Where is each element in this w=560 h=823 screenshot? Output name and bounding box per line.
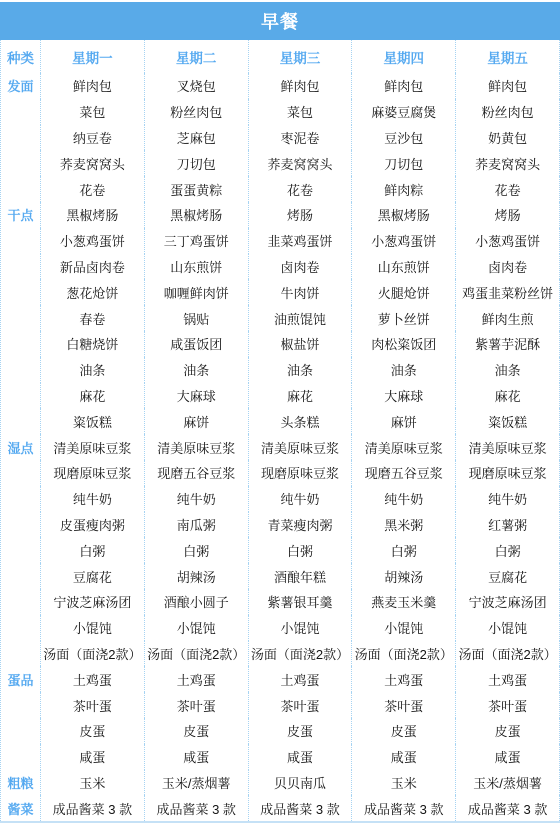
menu-item-cell: 小馄饨 bbox=[145, 615, 249, 641]
menu-item-cell: 咸蛋 bbox=[249, 744, 353, 770]
menu-title: 早餐 bbox=[0, 2, 560, 40]
menu-item-cell: 宁波芝麻汤团 bbox=[41, 589, 145, 615]
menu-item-cell: 皮蛋 bbox=[249, 718, 353, 744]
menu-item-cell: 汤面（面浇2款） bbox=[145, 641, 249, 667]
category-spacer bbox=[1, 383, 41, 409]
menu-item-cell: 油条 bbox=[41, 357, 145, 383]
category-spacer bbox=[1, 357, 41, 383]
menu-item-cell: 纯牛奶 bbox=[145, 486, 249, 512]
menu-item-cell: 油条 bbox=[145, 357, 249, 383]
menu-item-cell: 现磨五谷豆浆 bbox=[145, 460, 249, 486]
menu-row: 白糖烧饼咸蛋饭团椒盐饼肉松粢饭团紫薯芋泥酥 bbox=[1, 331, 560, 357]
menu-item-cell: 火腿炝饼 bbox=[352, 279, 456, 305]
menu-item-cell: 新品卤肉卷 bbox=[41, 254, 145, 280]
menu-item-cell: 现磨原味豆浆 bbox=[456, 460, 560, 486]
menu-item-cell: 椒盐饼 bbox=[249, 331, 353, 357]
header-row: 种类星期一星期二星期三星期四星期五 bbox=[1, 40, 560, 73]
menu-item-cell: 粢饭糕 bbox=[456, 408, 560, 434]
menu-item-cell: 汤面（面浇2款） bbox=[352, 641, 456, 667]
menu-item-cell: 皮蛋瘦肉粥 bbox=[41, 512, 145, 538]
category-spacer bbox=[1, 589, 41, 615]
menu-item-cell: 刀切包 bbox=[145, 150, 249, 176]
menu-row: 花卷蛋蛋黄粽花卷鲜肉粽花卷 bbox=[1, 176, 560, 202]
menu-item-cell: 小葱鸡蛋饼 bbox=[456, 228, 560, 254]
menu-item-cell: 麻花 bbox=[456, 383, 560, 409]
menu-row: 春卷锅贴油煎馄饨萝卜丝饼鲜肉生煎 bbox=[1, 305, 560, 331]
menu-item-cell: 咸蛋 bbox=[352, 744, 456, 770]
menu-row: 粢饭糕麻饼头条糕麻饼粢饭糕 bbox=[1, 408, 560, 434]
menu-item-cell: 现磨五谷豆浆 bbox=[352, 460, 456, 486]
menu-item-cell: 三丁鸡蛋饼 bbox=[145, 228, 249, 254]
menu-row: 皮蛋皮蛋皮蛋皮蛋皮蛋 bbox=[1, 718, 560, 744]
menu-item-cell: 汤面（面浇2款） bbox=[41, 641, 145, 667]
category-column-header: 种类 bbox=[1, 40, 41, 73]
menu-item-cell: 纳豆卷 bbox=[41, 125, 145, 151]
menu-item-cell: 贝贝南瓜 bbox=[249, 770, 353, 796]
category-spacer bbox=[1, 460, 41, 486]
menu-item-cell: 纯牛奶 bbox=[41, 486, 145, 512]
menu-item-cell: 蛋蛋黄粽 bbox=[145, 176, 249, 202]
menu-item-cell: 麻饼 bbox=[352, 408, 456, 434]
menu-row: 豆腐花胡辣汤酒酿年糕胡辣汤豆腐花 bbox=[1, 563, 560, 589]
menu-row: 酱菜成品酱菜 3 款成品酱菜 3 款成品酱菜 3 款成品酱菜 3 款成品酱菜 3… bbox=[1, 795, 560, 821]
menu-item-cell: 土鸡蛋 bbox=[145, 666, 249, 692]
menu-item-cell: 清美原味豆浆 bbox=[456, 434, 560, 460]
category-spacer bbox=[1, 641, 41, 667]
category-spacer bbox=[1, 563, 41, 589]
menu-item-cell: 韭菜鸡蛋饼 bbox=[249, 228, 353, 254]
menu-row: 干点黑椒烤肠黑椒烤肠烤肠黑椒烤肠烤肠 bbox=[1, 202, 560, 228]
menu-row: 纯牛奶纯牛奶纯牛奶纯牛奶纯牛奶 bbox=[1, 486, 560, 512]
menu-item-cell: 鲜肉包 bbox=[249, 73, 353, 99]
menu-item-cell: 小馄饨 bbox=[352, 615, 456, 641]
menu-item-cell: 白粥 bbox=[456, 537, 560, 563]
menu-item-cell: 皮蛋 bbox=[145, 718, 249, 744]
category-spacer bbox=[1, 99, 41, 125]
menu-item-cell: 鲜肉包 bbox=[352, 73, 456, 99]
menu-item-cell: 现磨原味豆浆 bbox=[41, 460, 145, 486]
menu-item-cell: 肉松粢饭团 bbox=[352, 331, 456, 357]
menu-row: 茶叶蛋茶叶蛋茶叶蛋茶叶蛋茶叶蛋 bbox=[1, 692, 560, 718]
category-spacer bbox=[1, 150, 41, 176]
menu-row: 荞麦窝窝头刀切包荞麦窝窝头刀切包荞麦窝窝头 bbox=[1, 150, 560, 176]
menu-item-cell: 汤面（面浇2款） bbox=[456, 641, 560, 667]
menu-row: 小葱鸡蛋饼三丁鸡蛋饼韭菜鸡蛋饼小葱鸡蛋饼小葱鸡蛋饼 bbox=[1, 228, 560, 254]
category-spacer bbox=[1, 486, 41, 512]
category-label: 粗粮 bbox=[1, 770, 41, 796]
menu-item-cell: 萝卜丝饼 bbox=[352, 305, 456, 331]
menu-row: 白粥白粥白粥白粥白粥 bbox=[1, 537, 560, 563]
menu-row: 菜包粉丝肉包菜包麻婆豆腐煲粉丝肉包 bbox=[1, 99, 560, 125]
menu-item-cell: 白粥 bbox=[249, 537, 353, 563]
menu-item-cell: 豆腐花 bbox=[41, 563, 145, 589]
menu-item-cell: 土鸡蛋 bbox=[456, 666, 560, 692]
day-column-header: 星期三 bbox=[249, 40, 353, 73]
category-label: 干点 bbox=[1, 202, 41, 228]
menu-body: 发面鲜肉包叉烧包鲜肉包鲜肉包鲜肉包菜包粉丝肉包菜包麻婆豆腐煲粉丝肉包纳豆卷芝麻包… bbox=[1, 73, 560, 821]
menu-item-cell: 麻饼 bbox=[145, 408, 249, 434]
menu-item-cell: 土鸡蛋 bbox=[41, 666, 145, 692]
menu-item-cell: 小馄饨 bbox=[249, 615, 353, 641]
day-column-header: 星期一 bbox=[41, 40, 145, 73]
menu-item-cell: 粢饭糕 bbox=[41, 408, 145, 434]
menu-item-cell: 黑椒烤肠 bbox=[41, 202, 145, 228]
menu-row: 新品卤肉卷山东煎饼卤肉卷山东煎饼卤肉卷 bbox=[1, 254, 560, 280]
menu-row: 湿点清美原味豆浆清美原味豆浆清美原味豆浆清美原味豆浆清美原味豆浆 bbox=[1, 434, 560, 460]
menu-item-cell: 白粥 bbox=[41, 537, 145, 563]
menu-item-cell: 花卷 bbox=[456, 176, 560, 202]
menu-item-cell: 油煎馄饨 bbox=[249, 305, 353, 331]
menu-row: 小馄饨小馄饨小馄饨小馄饨小馄饨 bbox=[1, 615, 560, 641]
menu-item-cell: 大麻球 bbox=[352, 383, 456, 409]
menu-item-cell: 豆腐花 bbox=[456, 563, 560, 589]
menu-row: 纳豆卷芝麻包枣泥卷豆沙包奶黄包 bbox=[1, 125, 560, 151]
menu-row: 咸蛋咸蛋咸蛋咸蛋咸蛋 bbox=[1, 744, 560, 770]
category-spacer bbox=[1, 718, 41, 744]
menu-item-cell: 枣泥卷 bbox=[249, 125, 353, 151]
menu-item-cell: 茶叶蛋 bbox=[249, 692, 353, 718]
menu-row: 发面鲜肉包叉烧包鲜肉包鲜肉包鲜肉包 bbox=[1, 73, 560, 99]
category-label: 发面 bbox=[1, 73, 41, 99]
day-column-header: 星期五 bbox=[456, 40, 560, 73]
menu-item-cell: 咸蛋 bbox=[41, 744, 145, 770]
menu-item-cell: 咸蛋 bbox=[145, 744, 249, 770]
menu-item-cell: 红薯粥 bbox=[456, 512, 560, 538]
menu-item-cell: 白糖烧饼 bbox=[41, 331, 145, 357]
menu-item-cell: 纯牛奶 bbox=[352, 486, 456, 512]
menu-item-cell: 油条 bbox=[456, 357, 560, 383]
menu-item-cell: 成品酱菜 3 款 bbox=[41, 795, 145, 821]
menu-item-cell: 山东煎饼 bbox=[352, 254, 456, 280]
menu-item-cell: 宁波芝麻汤团 bbox=[456, 589, 560, 615]
menu-row: 麻花大麻球麻花大麻球麻花 bbox=[1, 383, 560, 409]
menu-item-cell: 玉米/蒸烟薯 bbox=[145, 770, 249, 796]
menu-item-cell: 土鸡蛋 bbox=[249, 666, 353, 692]
menu-item-cell: 清美原味豆浆 bbox=[41, 434, 145, 460]
menu-item-cell: 鲜肉粽 bbox=[352, 176, 456, 202]
menu-row: 宁波芝麻汤团酒酿小圆子紫薯银耳羹燕麦玉米羹宁波芝麻汤团 bbox=[1, 589, 560, 615]
menu-item-cell: 小葱鸡蛋饼 bbox=[352, 228, 456, 254]
menu-item-cell: 茶叶蛋 bbox=[145, 692, 249, 718]
menu-item-cell: 皮蛋 bbox=[41, 718, 145, 744]
menu-item-cell: 荞麦窝窝头 bbox=[41, 150, 145, 176]
menu-item-cell: 酒酿年糕 bbox=[249, 563, 353, 589]
menu-item-cell: 烤肠 bbox=[249, 202, 353, 228]
menu-row: 汤面（面浇2款）汤面（面浇2款）汤面（面浇2款）汤面（面浇2款）汤面（面浇2款） bbox=[1, 641, 560, 667]
category-spacer bbox=[1, 228, 41, 254]
menu-item-cell: 玉米/蒸烟薯 bbox=[456, 770, 560, 796]
category-spacer bbox=[1, 176, 41, 202]
breakfast-menu-table: 早餐 种类星期一星期二星期三星期四星期五 发面鲜肉包叉烧包鲜肉包鲜肉包鲜肉包菜包… bbox=[0, 0, 560, 823]
menu-item-cell: 黑椒烤肠 bbox=[352, 202, 456, 228]
menu-item-cell: 成品酱菜 3 款 bbox=[352, 795, 456, 821]
menu-item-cell: 烤肠 bbox=[456, 202, 560, 228]
menu-item-cell: 小馄饨 bbox=[41, 615, 145, 641]
menu-item-cell: 纯牛奶 bbox=[249, 486, 353, 512]
menu-item-cell: 成品酱菜 3 款 bbox=[249, 795, 353, 821]
menu-item-cell: 鲜肉生煎 bbox=[456, 305, 560, 331]
menu-item-cell: 咸蛋饭团 bbox=[145, 331, 249, 357]
menu-item-cell: 鲜肉包 bbox=[456, 73, 560, 99]
menu-item-cell: 粉丝肉包 bbox=[456, 99, 560, 125]
menu-item-cell: 春卷 bbox=[41, 305, 145, 331]
menu-item-cell: 紫薯芋泥酥 bbox=[456, 331, 560, 357]
menu-item-cell: 荞麦窝窝头 bbox=[249, 150, 353, 176]
menu-item-cell: 油条 bbox=[352, 357, 456, 383]
category-spacer bbox=[1, 125, 41, 151]
menu-item-cell: 纯牛奶 bbox=[456, 486, 560, 512]
menu-item-cell: 花卷 bbox=[249, 176, 353, 202]
menu-item-cell: 麻花 bbox=[249, 383, 353, 409]
menu-item-cell: 茶叶蛋 bbox=[352, 692, 456, 718]
menu-item-cell: 茶叶蛋 bbox=[456, 692, 560, 718]
category-spacer bbox=[1, 279, 41, 305]
category-label: 酱菜 bbox=[1, 795, 41, 821]
menu-item-cell: 土鸡蛋 bbox=[352, 666, 456, 692]
menu-item-cell: 小葱鸡蛋饼 bbox=[41, 228, 145, 254]
category-spacer bbox=[1, 305, 41, 331]
menu-item-cell: 山东煎饼 bbox=[145, 254, 249, 280]
menu-item-cell: 小馄饨 bbox=[456, 615, 560, 641]
category-spacer bbox=[1, 537, 41, 563]
menu-item-cell: 芝麻包 bbox=[145, 125, 249, 151]
menu-item-cell: 玉米 bbox=[41, 770, 145, 796]
menu-item-cell: 花卷 bbox=[41, 176, 145, 202]
menu-item-cell: 卤肉卷 bbox=[249, 254, 353, 280]
category-spacer bbox=[1, 254, 41, 280]
menu-row: 粗粮玉米玉米/蒸烟薯贝贝南瓜玉米玉米/蒸烟薯 bbox=[1, 770, 560, 796]
menu-item-cell: 玉米 bbox=[352, 770, 456, 796]
menu-row: 葱花炝饼咖喱鲜肉饼牛肉饼火腿炝饼鸡蛋韭菜粉丝饼 bbox=[1, 279, 560, 305]
menu-item-cell: 油条 bbox=[249, 357, 353, 383]
menu-row: 现磨原味豆浆现磨五谷豆浆现磨原味豆浆现磨五谷豆浆现磨原味豆浆 bbox=[1, 460, 560, 486]
menu-item-cell: 皮蛋 bbox=[456, 718, 560, 744]
menu-item-cell: 麻婆豆腐煲 bbox=[352, 99, 456, 125]
menu-item-cell: 茶叶蛋 bbox=[41, 692, 145, 718]
menu-item-cell: 皮蛋 bbox=[352, 718, 456, 744]
menu-item-cell: 燕麦玉米羹 bbox=[352, 589, 456, 615]
menu-item-cell: 清美原味豆浆 bbox=[352, 434, 456, 460]
menu-item-cell: 清美原味豆浆 bbox=[249, 434, 353, 460]
category-spacer bbox=[1, 692, 41, 718]
menu-item-cell: 叉烧包 bbox=[145, 73, 249, 99]
menu-item-cell: 头条糕 bbox=[249, 408, 353, 434]
menu-item-cell: 白粥 bbox=[352, 537, 456, 563]
category-spacer bbox=[1, 744, 41, 770]
menu-item-cell: 葱花炝饼 bbox=[41, 279, 145, 305]
menu-item-cell: 白粥 bbox=[145, 537, 249, 563]
menu-item-cell: 牛肉饼 bbox=[249, 279, 353, 305]
menu-item-cell: 现磨原味豆浆 bbox=[249, 460, 353, 486]
menu-item-cell: 汤面（面浇2款） bbox=[249, 641, 353, 667]
menu-item-cell: 鲜肉包 bbox=[41, 73, 145, 99]
day-column-header: 星期二 bbox=[145, 40, 249, 73]
menu-item-cell: 锅贴 bbox=[145, 305, 249, 331]
menu-row: 皮蛋瘦肉粥南瓜粥青菜瘦肉粥黑米粥红薯粥 bbox=[1, 512, 560, 538]
menu-item-cell: 荞麦窝窝头 bbox=[456, 150, 560, 176]
menu-item-cell: 豆沙包 bbox=[352, 125, 456, 151]
menu-item-cell: 青菜瘦肉粥 bbox=[249, 512, 353, 538]
menu-item-cell: 成品酱菜 3 款 bbox=[456, 795, 560, 821]
category-spacer bbox=[1, 331, 41, 357]
day-column-header: 星期四 bbox=[352, 40, 456, 73]
menu-item-cell: 紫薯银耳羹 bbox=[249, 589, 353, 615]
menu-item-cell: 粉丝肉包 bbox=[145, 99, 249, 125]
menu-item-cell: 胡辣汤 bbox=[352, 563, 456, 589]
category-spacer bbox=[1, 615, 41, 641]
menu-item-cell: 成品酱菜 3 款 bbox=[145, 795, 249, 821]
menu-item-cell: 菜包 bbox=[41, 99, 145, 125]
menu-item-cell: 胡辣汤 bbox=[145, 563, 249, 589]
menu-item-cell: 黑椒烤肠 bbox=[145, 202, 249, 228]
menu-item-cell: 咖喱鲜肉饼 bbox=[145, 279, 249, 305]
menu-item-cell: 南瓜粥 bbox=[145, 512, 249, 538]
menu-item-cell: 奶黄包 bbox=[456, 125, 560, 151]
category-label: 蛋品 bbox=[1, 666, 41, 692]
menu-item-cell: 卤肉卷 bbox=[456, 254, 560, 280]
menu-row: 油条油条油条油条油条 bbox=[1, 357, 560, 383]
menu-item-cell: 黑米粥 bbox=[352, 512, 456, 538]
category-label: 湿点 bbox=[1, 434, 41, 460]
menu-item-cell: 菜包 bbox=[249, 99, 353, 125]
menu-item-cell: 大麻球 bbox=[145, 383, 249, 409]
category-spacer bbox=[1, 512, 41, 538]
menu-item-cell: 酒酿小圆子 bbox=[145, 589, 249, 615]
category-spacer bbox=[1, 408, 41, 434]
menu-grid: 种类星期一星期二星期三星期四星期五 发面鲜肉包叉烧包鲜肉包鲜肉包鲜肉包菜包粉丝肉… bbox=[0, 40, 560, 821]
menu-item-cell: 咸蛋 bbox=[456, 744, 560, 770]
menu-row: 蛋品土鸡蛋土鸡蛋土鸡蛋土鸡蛋土鸡蛋 bbox=[1, 666, 560, 692]
menu-item-cell: 麻花 bbox=[41, 383, 145, 409]
menu-item-cell: 清美原味豆浆 bbox=[145, 434, 249, 460]
menu-item-cell: 鸡蛋韭菜粉丝饼 bbox=[456, 279, 560, 305]
menu-item-cell: 刀切包 bbox=[352, 150, 456, 176]
